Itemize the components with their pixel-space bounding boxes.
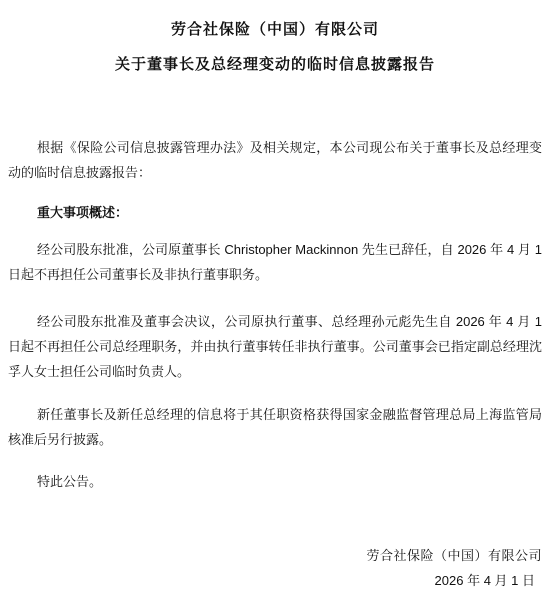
section-heading-major-matters: 重大事项概述： [8, 200, 542, 225]
body-paragraph-gm-change: 经公司股东批准及董事会决议，公司原执行董事、总经理孙元彪先生自 2026 年 4… [8, 309, 542, 384]
disclosure-report-page: 劳合社保险（中国）有限公司 关于董事长及总经理变动的临时信息披露报告 根据《保险… [0, 0, 550, 602]
body-paragraph-chairman-resignation: 经公司股东批准，公司原董事长 Christopher Mackinnon 先生已… [8, 237, 542, 287]
signature-company: 劳合社保险（中国）有限公司 [8, 543, 542, 568]
document-subtitle: 关于董事长及总经理变动的临时信息披露报告 [8, 55, 542, 75]
body-paragraph-future-disclosure: 新任董事长及新任总经理的信息将于其任职资格获得国家金融监督管理总局上海监管局核准… [8, 402, 542, 452]
closing-statement: 特此公告。 [8, 469, 542, 494]
intro-paragraph: 根据《保险公司信息披露管理办法》及相关规定，本公司现公布关于董事长及总经理变动的… [8, 135, 542, 185]
signature-date: 2026 年 4 月 1 日 [8, 568, 535, 593]
signature-block: 劳合社保险（中国）有限公司 2026 年 4 月 1 日 [8, 543, 542, 593]
document-title: 劳合社保险（中国）有限公司 [8, 20, 542, 40]
